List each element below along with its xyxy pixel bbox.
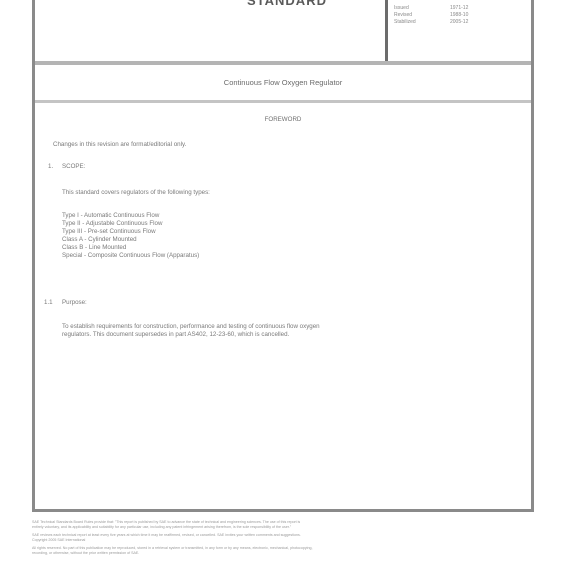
foreword-text: Changes in this revision are format/edit… bbox=[53, 141, 186, 149]
purpose-text-line: To establish requirements for constructi… bbox=[62, 323, 320, 331]
revision-metadata-box: Issued 1971-12 Revised 1988-10 Stabilize… bbox=[385, 0, 531, 61]
footer-notice: SAE Technical Standards Board Rules prov… bbox=[32, 520, 537, 556]
meta-stabilized: Stabilized 2005-12 bbox=[394, 19, 524, 25]
footer-line: Copyright 2005 SAE International bbox=[32, 538, 537, 543]
scope-heading: SCOPE: bbox=[62, 163, 85, 171]
footer-line: entirely voluntary, and its applicabilit… bbox=[32, 525, 537, 530]
document-frame: STANDARD Issued 1971-12 Revised 1988-10 … bbox=[32, 0, 534, 512]
foreword-heading: FOREWORD bbox=[35, 116, 531, 124]
purpose-text-line: regulators. This document supersedes in … bbox=[62, 331, 289, 339]
title-band: Continuous Flow Oxygen Regulator bbox=[35, 65, 531, 103]
scope-type-item: Type I - Automatic Continuous Flow bbox=[62, 212, 159, 220]
purpose-heading: Purpose: bbox=[62, 299, 87, 307]
scope-intro: This standard covers regulators of the f… bbox=[62, 189, 210, 197]
document-title: Continuous Flow Oxygen Regulator bbox=[224, 78, 342, 87]
scope-number: 1. bbox=[48, 163, 53, 171]
purpose-number: 1.1 bbox=[44, 299, 53, 307]
scope-type-item: Class B - Line Mounted bbox=[62, 244, 126, 252]
scope-type-item: Type III - Pre-set Continuous Flow bbox=[62, 228, 156, 236]
scope-type-item: Type II - Adjustable Continuous Flow bbox=[62, 220, 162, 228]
standard-label: STANDARD bbox=[247, 0, 327, 8]
meta-revised: Revised 1988-10 bbox=[394, 12, 524, 18]
footer-line: recording, or otherwise, without the pri… bbox=[32, 551, 537, 556]
scope-type-item: Special - Composite Continuous Flow (App… bbox=[62, 252, 199, 260]
scope-type-item: Class A - Cylinder Mounted bbox=[62, 236, 137, 244]
document-header: STANDARD Issued 1971-12 Revised 1988-10 … bbox=[35, 0, 531, 65]
meta-issued: Issued 1971-12 bbox=[394, 5, 524, 11]
